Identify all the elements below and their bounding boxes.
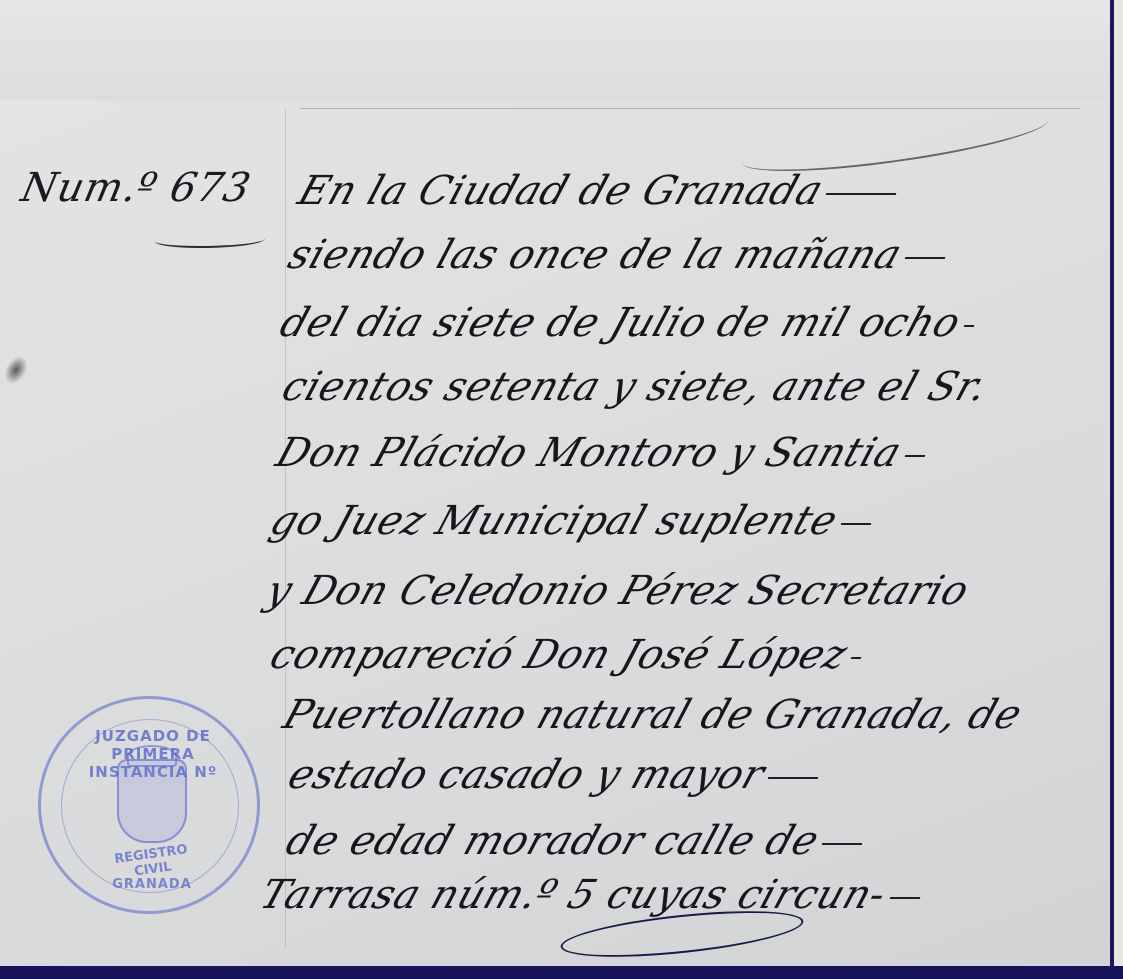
background-right-strip <box>1114 0 1123 979</box>
entry-line: de edad morador calle de <box>281 818 871 864</box>
top-rule <box>300 108 1080 109</box>
entry-line: cientos setenta y siete, ante el Sr. <box>277 364 1000 410</box>
entry-line: estado casado y mayor <box>283 752 827 798</box>
entry-line: siendo las once de la mañana <box>283 232 954 278</box>
page-bottom-edge <box>0 966 1123 979</box>
stamp-bottom-text: GRANADA <box>97 877 207 892</box>
entry-line: Tarrasa núm.º 5 cuyas circun- <box>255 872 929 918</box>
registry-stamp: JUZGADO DE PRIMERA INSTANCIA Nº REGISTRO… <box>38 696 260 914</box>
entry-line: Puertollano natural de Granada, de <box>278 692 1034 738</box>
entry-line: En la Ciudad de Granada <box>293 168 905 214</box>
entry-number-underline <box>155 232 265 248</box>
entry-number: Num.º 673 <box>17 165 255 211</box>
entry-line: go Juez Municipal suplente <box>265 498 880 544</box>
entry-line: del dia siete de Julio de mil ocho <box>275 300 983 346</box>
page-top-band <box>0 0 1112 100</box>
document-page: Num.º 673 En la Ciudad de Granada siendo… <box>0 0 1112 966</box>
entry-line: compareció Don José López <box>265 632 870 678</box>
ink-smudge <box>0 352 32 388</box>
coat-of-arms-icon <box>117 759 187 843</box>
entry-line: y Don Celedonio Pérez Secretario <box>261 568 981 614</box>
entry-line: Don Plácido Montoro y Santia <box>271 430 934 476</box>
